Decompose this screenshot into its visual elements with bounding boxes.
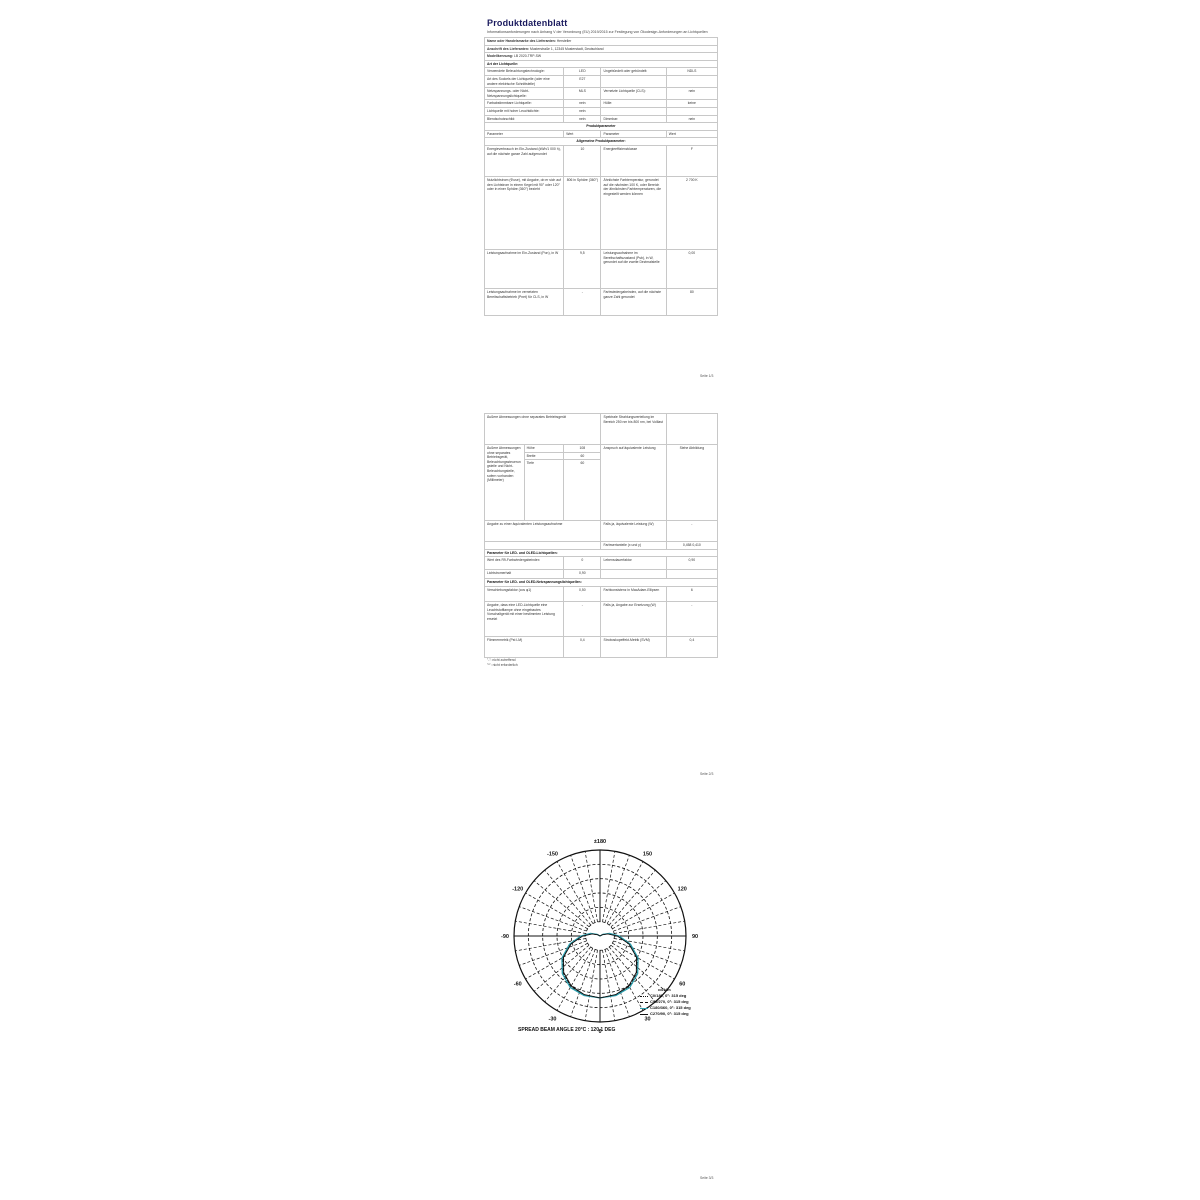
section-general-parameters: Allgemeine Produktparameter: (485, 138, 718, 146)
address-row: Anschrift des Lieferanten: Musterstraße … (485, 45, 718, 53)
table-row: Angabe, dass eine LED-Lichtquelle eine L… (485, 601, 718, 636)
svg-text:-90: -90 (501, 934, 509, 940)
page-number-3: Seite 3/3 (700, 1176, 713, 1180)
svg-text:-120: -120 (512, 887, 523, 893)
section-light-source-type: Art der Lichtquelle: (485, 60, 718, 68)
legend-label: C270/90, 0°: 315 deg (650, 1011, 689, 1017)
table-row: Flimmermetrik (Pst LM)0,4Stroboskopeffek… (485, 636, 718, 657)
svg-text:90: 90 (692, 934, 698, 940)
table-row: Lichtstromerhalt0,90 (485, 570, 718, 579)
svg-text:30: 30 (644, 1016, 650, 1022)
table-row: Leistungsaufnahme im vernetzten Bereitsc… (485, 288, 718, 315)
svg-text:120: 120 (678, 887, 687, 893)
model-row: Modellkennung: LB 2020-TRP-SW (485, 53, 718, 61)
supplier-row: Name oder Handelsmarke des Lieferanten: … (485, 38, 718, 46)
legend-swatch (640, 996, 648, 997)
supplier-table: Name oder Handelsmarke des Lieferanten: … (484, 37, 718, 316)
table-row: Lichtquelle mit hoher Leuchtdichte:nein (485, 107, 718, 115)
footnote-2: "*": nicht erforderlich (487, 663, 718, 668)
legend-swatch (640, 1008, 648, 1009)
table-row: Farbabstimmbare Lichtquelle:neinHülle:ke… (485, 100, 718, 108)
svg-text:±180: ±180 (594, 839, 606, 845)
table-row: Energieverbrauch im Ein-Zustand (kWh/1 0… (485, 145, 718, 176)
section-mls-parameters: Parameter für LED- und OLED-Netzspannung… (485, 579, 718, 587)
table-row: Blendschutzschild:neinDimmbar:nein (485, 115, 718, 123)
document-title: Produktdatenblatt (487, 18, 718, 28)
svg-text:150: 150 (643, 852, 652, 858)
equivalent-power-row: Angabe zu einer äquivalenten Leistungsau… (485, 521, 718, 542)
page-number-2: Seite 2/3 (700, 772, 713, 776)
table-row: Verwendete Beleuchtungstechnologie:LEDUn… (485, 68, 718, 76)
section-product-parameters: Produktparameter (485, 123, 718, 131)
page-1: Produktdatenblatt Informationsanforderun… (484, 16, 718, 316)
document-subtitle: Informationsanforderungen nach Anhang V … (487, 30, 715, 35)
legend-item: C270/90, 0°: 315 deg (640, 1011, 691, 1017)
legend-swatch (640, 1014, 648, 1015)
table-row: Verschiebungsfaktor (cos φ1)0,50Farbkons… (485, 586, 718, 601)
svg-text:-150: -150 (547, 852, 558, 858)
table-row: Äußere Abmessungen ohne separates Betrie… (485, 414, 718, 445)
table-row: Nutzlichtstrom (Φuse), mit Angabe, ob er… (485, 176, 718, 249)
page-number-1: Seite 1/3 (700, 374, 713, 378)
svg-text:-60: -60 (514, 982, 522, 988)
table-row: Art des Sockels der Lichtquelle (oder ei… (485, 75, 718, 87)
page-2: Äußere Abmessungen ohne separates Betrie… (484, 413, 718, 668)
polar-light-distribution-chart: ±1801501209060300-30-60-90-120-150 (484, 826, 724, 1056)
parameter-header-row: Parameter Wert Parameter Wert (485, 130, 718, 138)
section-led-parameters: Parameter für LED- und OLED-Lichtquellen… (485, 549, 718, 557)
chart-legend: cd/klm C0/180, 0°: 315 degC90/270, 0°: 3… (640, 987, 691, 1017)
parameters-table-continued: Äußere Abmessungen ohne separates Betrie… (484, 413, 718, 658)
legend-swatch (640, 1002, 648, 1003)
svg-text:-30: -30 (549, 1016, 557, 1022)
polar-diagram: ±1801501209060300-30-60-90-120-150 (484, 826, 724, 1056)
chart-caption: SPREAD BEAM ANGLE 20°C : 120.1 DEG (518, 1027, 615, 1033)
chromaticity-row: Farbwertanteile (x und y) 0,458 0,410 (485, 542, 718, 550)
table-row: Leistungsaufnahme im Ein-Zustand (Pon), … (485, 249, 718, 288)
table-row: Wert des R9-Farbwiedergabeindex0Lebensda… (485, 557, 718, 570)
dimensions-row: Äußere Abmessungen ohne separates Betrie… (485, 445, 718, 453)
table-row: Netzspannungs- oder Nicht-Netzspannungsl… (485, 88, 718, 100)
